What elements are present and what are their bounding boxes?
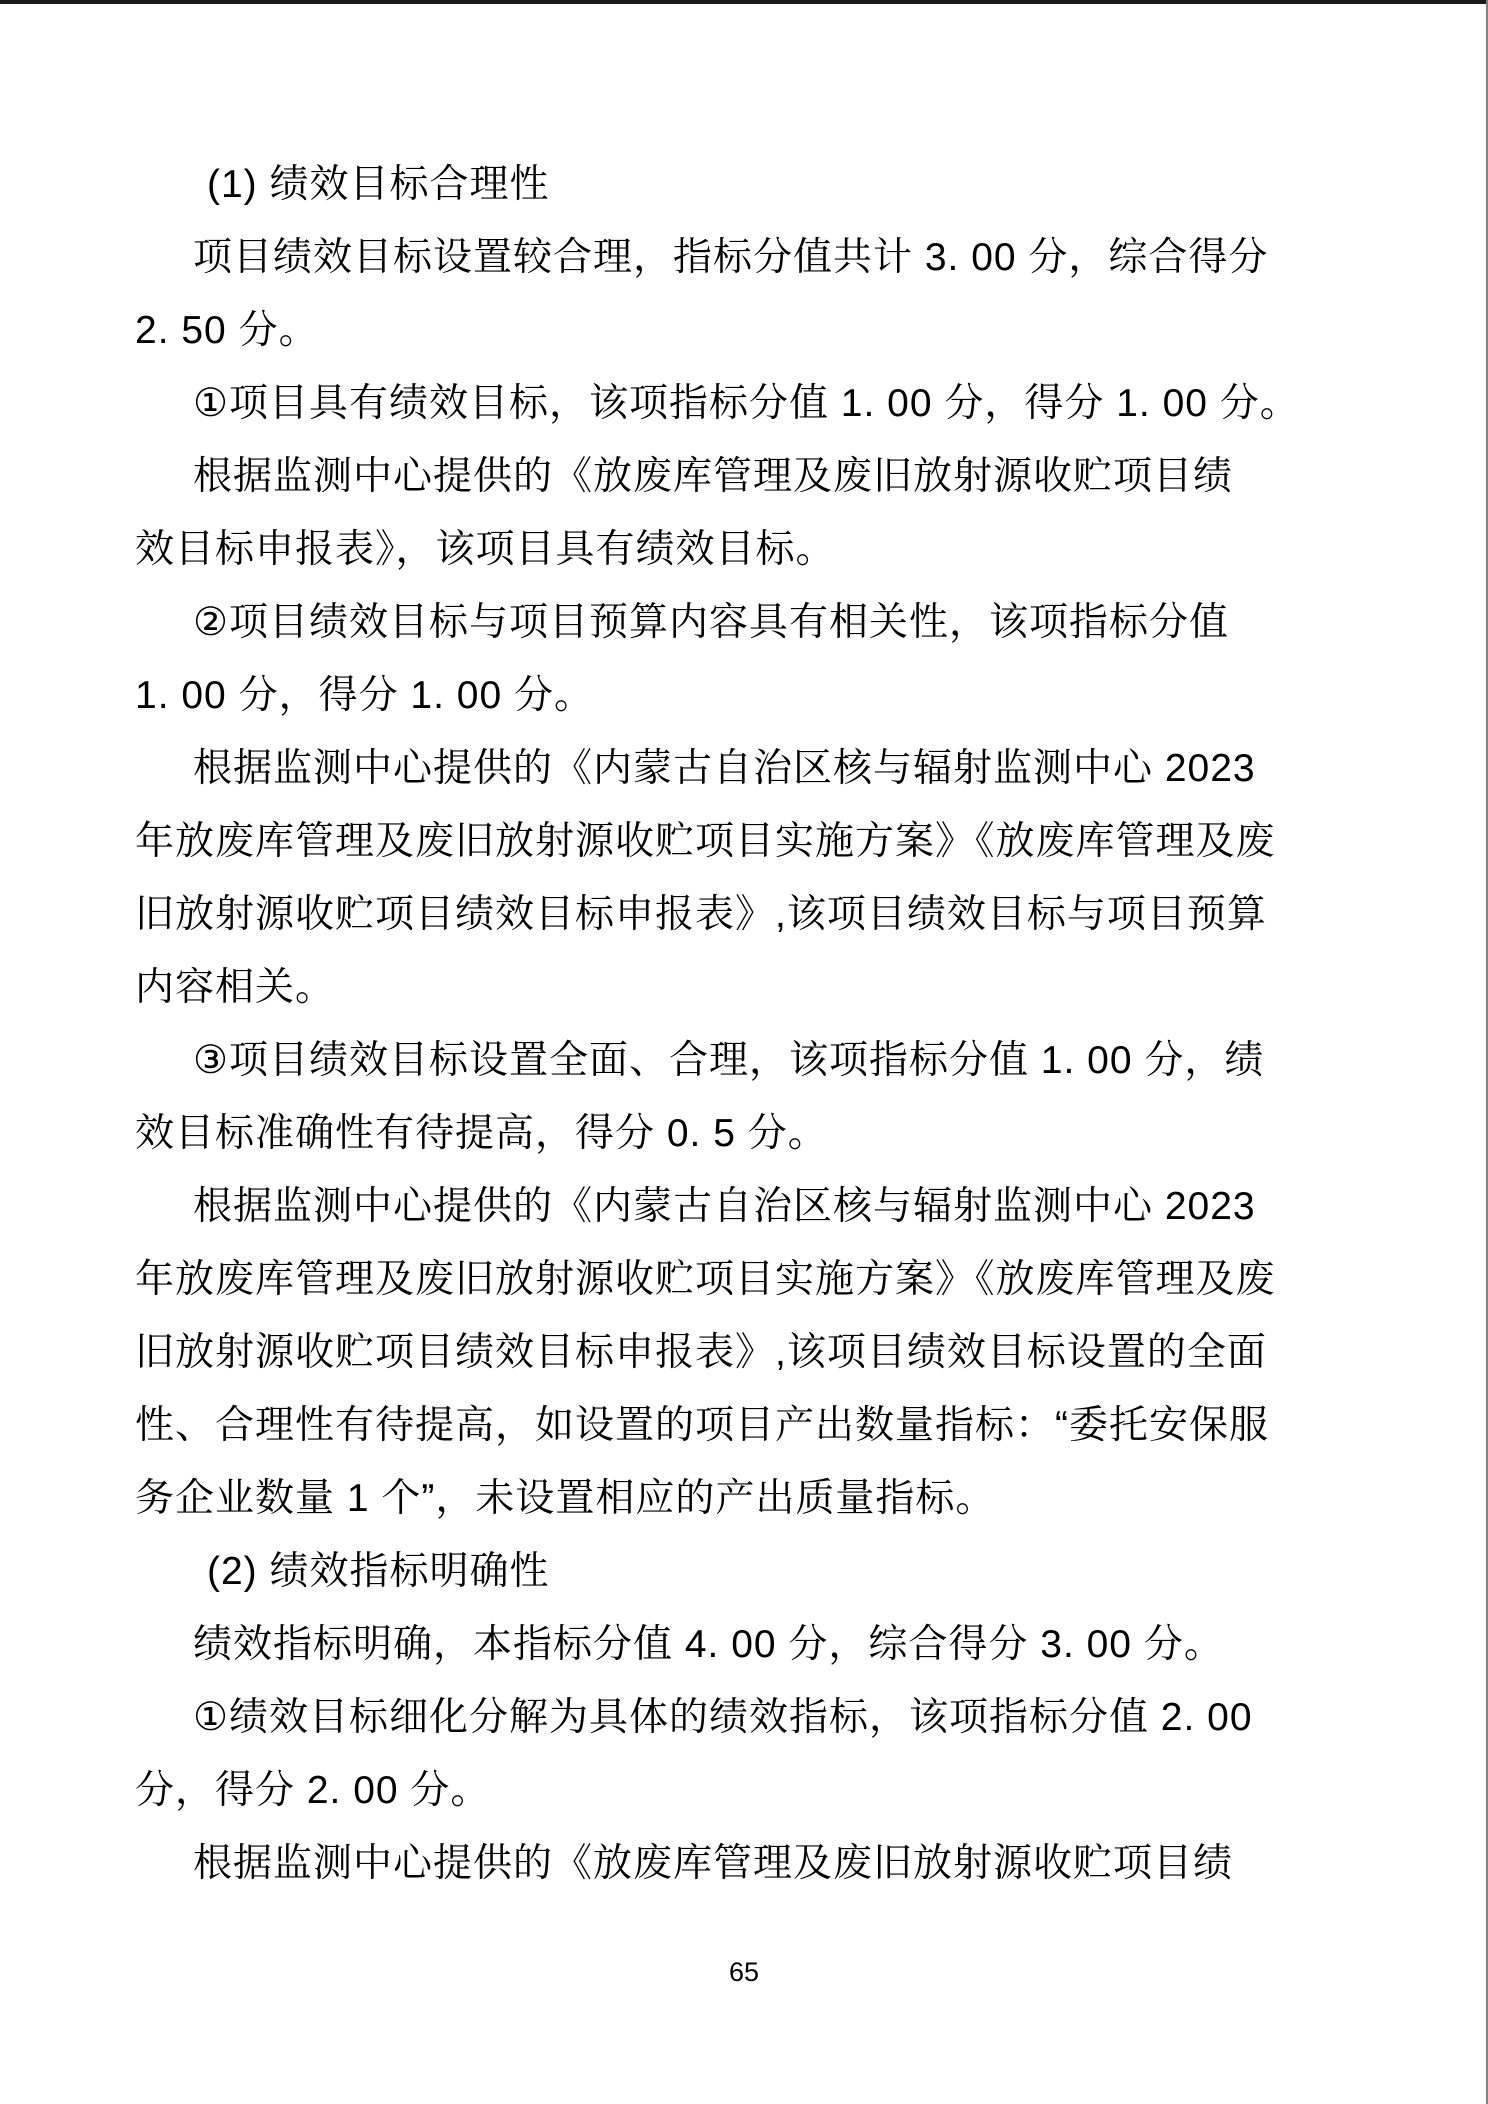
page-top-border	[0, 0, 1488, 4]
text-line: 根据监测中心提供的《放废库管理及废旧放射源收贮项目绩	[135, 1827, 1355, 1900]
text-line: 年放废库管理及废旧放射源收贮项目实施方案》《放废库管理及废	[135, 805, 1355, 878]
text-line: 旧放射源收贮项目绩效目标申报表》,该项目绩效目标与项目预算	[135, 878, 1355, 951]
document-page: (1) 绩效目标合理性项目绩效目标设置较合理，指标分值共计 3. 00 分，综合…	[0, 0, 1488, 2104]
text-line: 绩效指标明确，本指标分值 4. 00 分，综合得分 3. 00 分。	[135, 1608, 1355, 1681]
page-body-text: (1) 绩效目标合理性项目绩效目标设置较合理，指标分值共计 3. 00 分，综合…	[135, 148, 1355, 1900]
text-line: ①绩效目标细化分解为具体的绩效指标，该项指标分值 2. 00	[135, 1681, 1355, 1754]
text-line: 旧放射源收贮项目绩效目标申报表》,该项目绩效目标设置的全面	[135, 1316, 1355, 1389]
text-line: ①项目具有绩效目标，该项指标分值 1. 00 分，得分 1. 00 分。	[135, 367, 1355, 440]
text-line: 分，得分 2. 00 分。	[135, 1754, 1355, 1827]
text-line: ②项目绩效目标与项目预算内容具有相关性，该项指标分值	[135, 586, 1355, 659]
text-line: 根据监测中心提供的《放废库管理及废旧放射源收贮项目绩	[135, 440, 1355, 513]
page-number: 65	[0, 1952, 1488, 1992]
text-line: 2. 50 分。	[135, 294, 1355, 367]
text-line: 项目绩效目标设置较合理，指标分值共计 3. 00 分，综合得分	[135, 221, 1355, 294]
text-line: 根据监测中心提供的《内蒙古自治区核与辐射监测中心 2023	[135, 1170, 1355, 1243]
text-line: (2) 绩效指标明确性	[135, 1535, 1355, 1608]
text-line: 1. 00 分，得分 1. 00 分。	[135, 659, 1355, 732]
text-line: 效目标申报表》，该项目具有绩效目标。	[135, 513, 1355, 586]
text-line: 性、合理性有待提高，如设置的项目产出数量指标：“委托安保服	[135, 1389, 1355, 1462]
text-line: (1) 绩效目标合理性	[135, 148, 1355, 221]
text-line: 内容相关。	[135, 951, 1355, 1024]
text-line: 务企业数量 1 个”，未设置相应的产出质量指标。	[135, 1462, 1355, 1535]
text-line: 效目标准确性有待提高，得分 0. 5 分。	[135, 1097, 1355, 1170]
text-line: 年放废库管理及废旧放射源收贮项目实施方案》《放废库管理及废	[135, 1243, 1355, 1316]
text-line: 根据监测中心提供的《内蒙古自治区核与辐射监测中心 2023	[135, 732, 1355, 805]
text-line: ③项目绩效目标设置全面、合理，该项指标分值 1. 00 分，绩	[135, 1024, 1355, 1097]
